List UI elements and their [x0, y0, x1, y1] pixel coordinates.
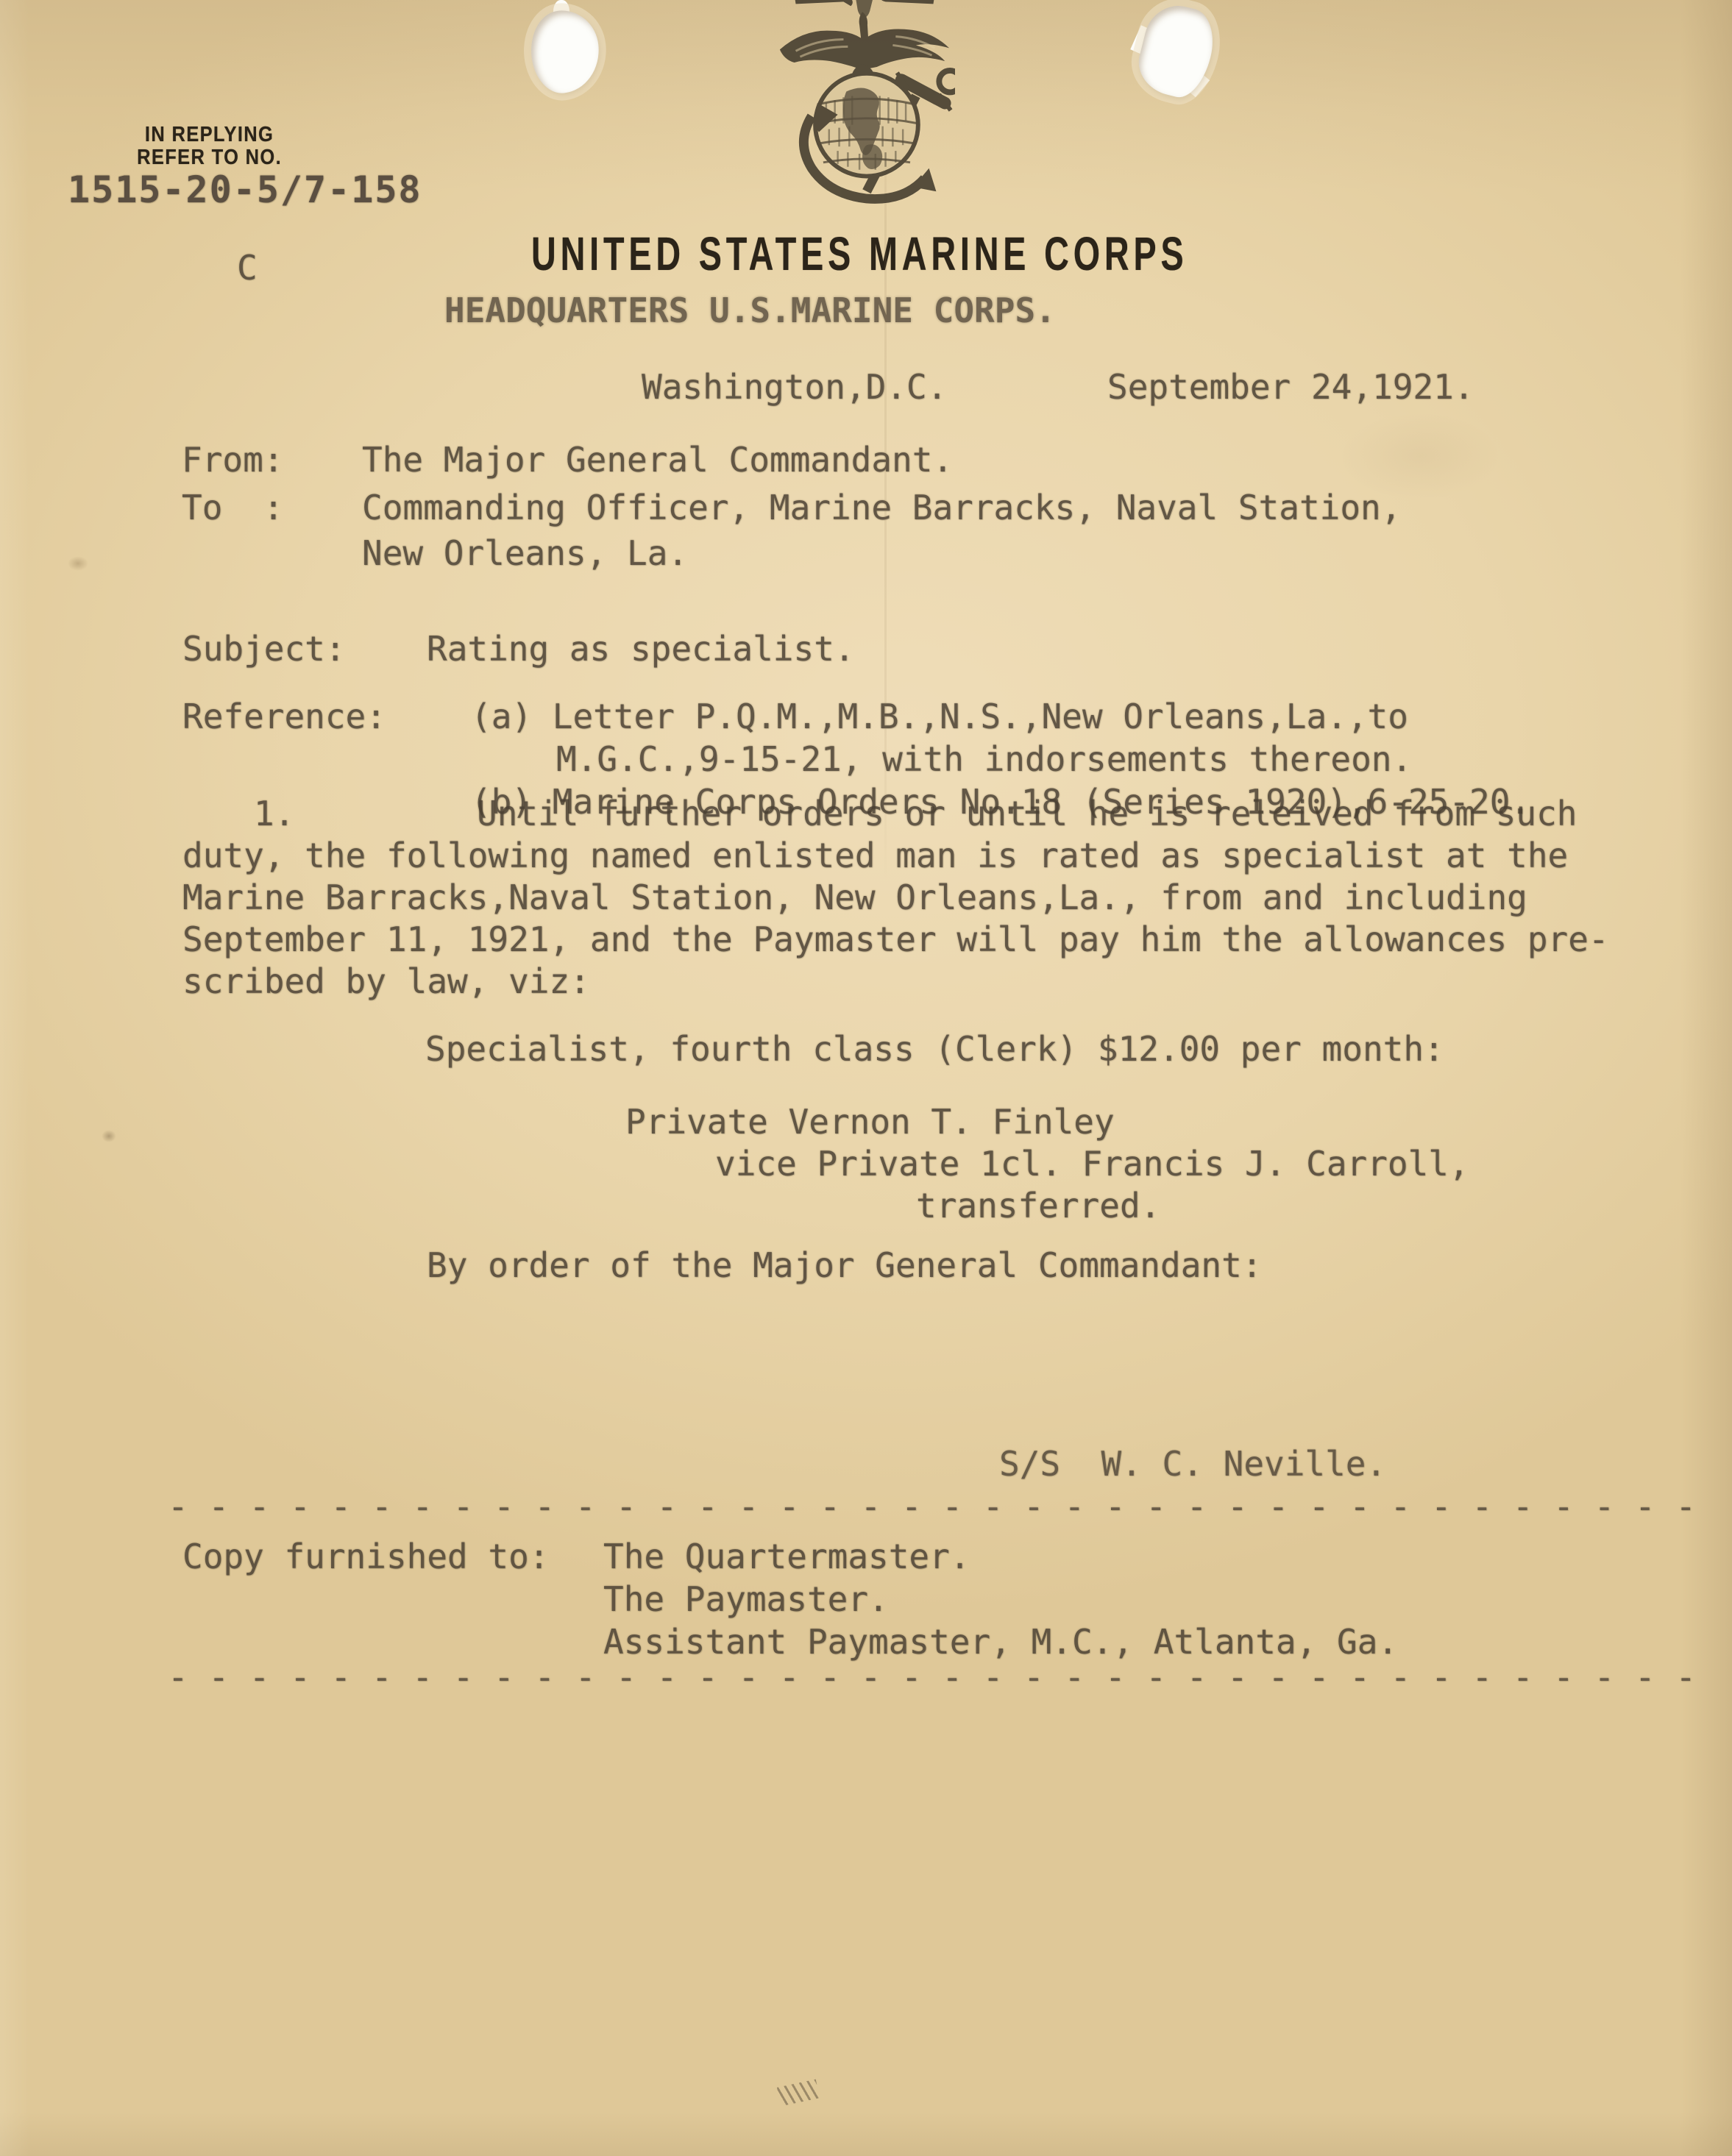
subject-value: Rating as specialist. — [427, 628, 855, 670]
by-order-line: By order of the Major General Commandant… — [427, 1245, 1262, 1287]
body-line4: September 11, 1921, and the Paymaster wi… — [182, 919, 1609, 961]
letter-page: IN REPLYING REFER TO NO. 1515-20-5/7-158… — [0, 0, 1732, 2156]
reference-item-a-line2: M.G.C.,9-15-21, with indorsements thereo… — [556, 739, 1412, 780]
place-line: Washington,D.C. — [642, 366, 947, 408]
body-line5: scribed by law, viz: — [182, 961, 590, 1003]
in-replying-line2: REFER TO NO. — [137, 146, 282, 169]
date-line: September 24,1921. — [1107, 366, 1474, 408]
to-value-line1: Commanding Officer, Marine Barracks, Nav… — [362, 487, 1401, 529]
organization-title: UNITED STATES MARINE CORPS — [531, 227, 1188, 281]
reference-label: Reference: — [182, 696, 386, 738]
to-label: To : — [182, 487, 283, 529]
headquarters-line: HEADQUARTERS U.S.MARINE CORPS. — [444, 290, 1056, 332]
recipient-quartermaster: The Quartermaster. — [603, 1536, 970, 1578]
from-label: From: — [182, 439, 283, 481]
signature-line: S/S W. C. Neville. — [999, 1443, 1386, 1485]
usmc-emblem — [774, 0, 955, 227]
specialist-rate-line: Specialist, fourth class (Clerk) $12.00 … — [425, 1028, 1444, 1070]
recipient-paymaster: The Paymaster. — [603, 1579, 889, 1620]
dashed-separator-bottom: - - - - - - - - - - - - - - - - - - - - … — [168, 1657, 1713, 1698]
paragraph-number: 1. — [254, 793, 294, 835]
in-replying-note: IN REPLYING REFER TO NO. — [137, 124, 282, 169]
body-line2: duty, the following named enlisted man i… — [182, 835, 1568, 877]
copy-furnished-label: Copy furnished to: — [182, 1536, 550, 1578]
body-line3: Marine Barracks,Naval Station, New Orlea… — [182, 877, 1527, 919]
punch-hole-left — [527, 7, 603, 96]
paper-stain — [102, 1130, 116, 1142]
rated-man-name: Private Vernon T. Finley — [625, 1101, 1115, 1143]
copy-mark: C — [237, 247, 258, 289]
reference-item-a-line1: (a) Letter P.Q.M.,M.B.,N.S.,New Orleans,… — [471, 696, 1408, 738]
in-replying-line1: IN REPLYING — [137, 124, 282, 146]
paper-stain — [68, 556, 88, 571]
body-line1: Until further orders or until he is rele… — [477, 793, 1577, 835]
reference-number: 1515-20-5/7-158 — [68, 169, 422, 211]
transferred-line: transferred. — [916, 1185, 1160, 1227]
punch-hole-right — [1132, 0, 1221, 103]
usmc-eagle-globe-anchor-icon — [774, 0, 955, 227]
vice-line: vice Private 1cl. Francis J. Carroll, — [715, 1143, 1469, 1185]
from-value: The Major General Commandant. — [362, 439, 953, 481]
paper-stain — [1339, 412, 1501, 500]
dashed-separator-top: - - - - - - - - - - - - - - - - - - - - … — [168, 1486, 1713, 1528]
pencil-mark — [777, 2079, 820, 2107]
to-value-line2: New Orleans, La. — [362, 533, 688, 574]
subject-label: Subject: — [182, 628, 346, 670]
